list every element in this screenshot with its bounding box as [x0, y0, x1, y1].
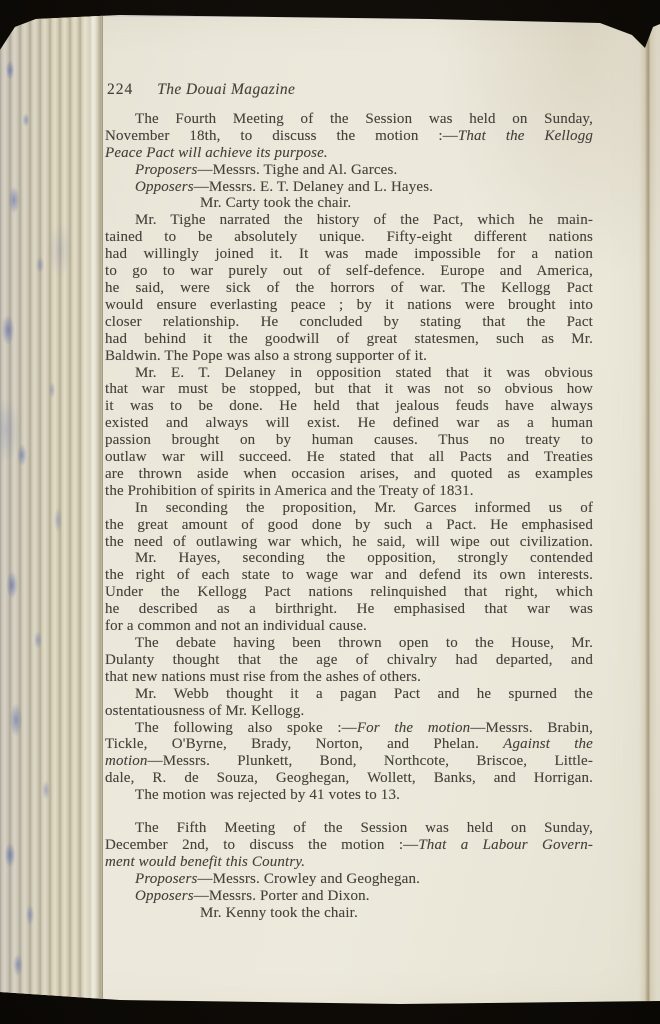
roman-text: November 18th, to discuss the motion :—	[105, 128, 458, 144]
page-text-lines: The Fourth Meeting of the Session was he…	[105, 111, 593, 922]
roman-text: to go to war purely out of self-defence.…	[105, 263, 593, 279]
roman-text: Mr. Kenny took the chair.	[200, 905, 358, 921]
roman-text: The following also spoke :—	[135, 720, 357, 736]
running-header: 224The Douai Magazine	[107, 82, 593, 99]
roman-text: The Fourth Meeting of the Session was he…	[135, 111, 593, 127]
photo-background: 224The Douai Magazine The Fourth Meeting…	[0, 0, 660, 1024]
roman-text: —Messrs. Porter and Dixon.	[194, 888, 370, 904]
roman-text: The debate having been thrown open to th…	[135, 635, 593, 651]
roman-text: Under the Kellogg Pact nations relinquis…	[105, 584, 593, 600]
text-line: Peace Pact will achieve its purpose.	[105, 145, 593, 162]
text-line: Proposers—Messrs. Crowley and Geoghegan.	[105, 871, 593, 888]
text-line: the right of each state to wage war and …	[105, 567, 593, 584]
text-line: he said, were sick of the horrors of war…	[105, 280, 593, 297]
roman-text: In seconding the proposition, Mr. Garces…	[135, 500, 593, 516]
text-line: motion—Messrs. Plunkett, Bond, Northcote…	[105, 753, 593, 770]
text-line: existed and always will exist. He define…	[105, 415, 593, 432]
text-line: it was to be done. He held that jealous …	[105, 398, 593, 415]
text-line: for a common and not an individual cause…	[105, 618, 593, 635]
text-line: outlaw war will succeed. He stated that …	[105, 449, 593, 466]
italic-text: Peace Pact will achieve its purpose.	[105, 145, 328, 161]
page-number: 224	[107, 81, 133, 98]
roman-text: the need of outlawing war which, he said…	[105, 534, 593, 550]
roman-text: Tickle, O'Byrne, Brady, Norton, and Phel…	[105, 736, 503, 752]
text-line: ostentatiousness of Mr. Kellogg.	[105, 703, 593, 720]
italic-text: For the motion	[357, 720, 471, 736]
text-line: Mr. E. T. Delaney in opposition stated t…	[105, 365, 593, 382]
text-line: the great amount of good done by such a …	[105, 517, 593, 534]
roman-text: passion brought on by human causes. Thus…	[105, 432, 593, 448]
italic-text: ment would benefit this Country.	[105, 854, 305, 870]
magazine-title: The Douai Magazine	[157, 81, 295, 98]
roman-text: December 2nd, to discuss the motion :—	[105, 837, 418, 853]
roman-text: he said, were sick of the horrors of war…	[105, 280, 593, 296]
text-line: had behind it the goodwill of great stat…	[105, 331, 593, 348]
roman-text: had willingly joined it. It was made imp…	[105, 246, 593, 262]
roman-text: that new nations must rise from the ashe…	[105, 669, 421, 685]
text-line: Dulanty thought that the age of chivalry…	[105, 652, 593, 669]
roman-text: the great amount of good done by such a …	[105, 517, 593, 533]
roman-text: —Messrs. Brabin,	[470, 720, 593, 736]
text-line: The Fourth Meeting of the Session was he…	[105, 111, 593, 128]
roman-text: Mr. Hayes, seconding the opposition, str…	[135, 550, 593, 566]
text-line: that war must be stopped, but that it wa…	[105, 381, 593, 398]
text-line: Baldwin. The Pope was also a strong supp…	[105, 348, 593, 365]
text-line: Mr. Hayes, seconding the opposition, str…	[105, 550, 593, 567]
roman-text: existed and always will exist. He define…	[105, 415, 593, 431]
roman-text: Mr. Carty took the chair.	[200, 195, 351, 211]
italic-text: motion	[105, 753, 148, 769]
text-line: would ensure everlasting peace ; by it n…	[105, 297, 593, 314]
text-line: the need of outlawing war which, he said…	[105, 534, 593, 551]
text-line: tained to be absolutely unique. Fifty-ei…	[105, 229, 593, 246]
text-line: that new nations must rise from the ashe…	[105, 669, 593, 686]
roman-text: Baldwin. The Pope was also a strong supp…	[105, 348, 427, 364]
roman-text: closer relationship. He concluded by sta…	[105, 314, 593, 330]
text-line: closer relationship. He concluded by sta…	[105, 314, 593, 331]
text-line: Tickle, O'Byrne, Brady, Norton, and Phel…	[105, 736, 593, 753]
roman-text: for a common and not an individual cause…	[105, 618, 367, 634]
italic-text: Against the	[503, 736, 593, 752]
italic-text: Opposers	[135, 888, 194, 904]
text-line: The Fifth Meeting of the Session was hel…	[105, 820, 593, 837]
roman-text: Mr. Webb thought it a pagan Pact and he …	[135, 686, 593, 702]
roman-text: Mr. E. T. Delaney in opposition stated t…	[135, 365, 593, 381]
roman-text: the Prohibition of spirits in America an…	[105, 483, 474, 499]
text-line: Mr. Kenny took the chair.	[105, 905, 593, 922]
text-line: he described as a birthright. He emphasi…	[105, 601, 593, 618]
page-edges-marbled	[0, 0, 103, 1024]
roman-text: The motion was rejected by 41 votes to 1…	[135, 787, 400, 803]
roman-text: he described as a birthright. He emphasi…	[105, 601, 593, 617]
roman-text: outlaw war will succeed. He stated that …	[105, 449, 593, 465]
roman-text: that war must be stopped, but that it wa…	[105, 381, 593, 397]
roman-text: —Messrs. E. T. Delaney and L. Hayes.	[194, 179, 433, 195]
text-line: Mr. Webb thought it a pagan Pact and he …	[105, 686, 593, 703]
text-line: November 18th, to discuss the motion :—T…	[105, 128, 593, 145]
text-line: December 2nd, to discuss the motion :—Th…	[105, 837, 593, 854]
text-line: the Prohibition of spirits in America an…	[105, 483, 593, 500]
text-line: are thrown aside when occasion arises, a…	[105, 466, 593, 483]
text-line: The following also spoke :—For the motio…	[105, 720, 593, 737]
text-line: ment would benefit this Country.	[105, 854, 593, 871]
italic-text: Opposers	[135, 179, 194, 195]
text-line: In seconding the proposition, Mr. Garces…	[105, 500, 593, 517]
text-line: to go to war purely out of self-defence.…	[105, 263, 593, 280]
text-line: Mr. Tighe narrated the history of the Pa…	[105, 212, 593, 229]
roman-text: are thrown aside when occasion arises, a…	[105, 466, 593, 482]
roman-text: it was to be done. He held that jealous …	[105, 398, 593, 414]
italic-text: Proposers	[135, 871, 197, 887]
text-line: Under the Kellogg Pact nations relinquis…	[105, 584, 593, 601]
roman-text: Mr. Tighe narrated the history of the Pa…	[135, 212, 593, 228]
roman-text: —Messrs. Plunkett, Bond, Northcote, Bris…	[148, 753, 593, 769]
roman-text: —Messrs. Tighe and Al. Garces.	[197, 162, 397, 178]
text-line: had willingly joined it. It was made imp…	[105, 246, 593, 263]
text-line: The debate having been thrown open to th…	[105, 635, 593, 652]
italic-text: That the Kellogg	[458, 128, 593, 144]
text-line: The motion was rejected by 41 votes to 1…	[105, 787, 593, 804]
roman-text: would ensure everlasting peace ; by it n…	[105, 297, 593, 313]
roman-text: tained to be absolutely unique. Fifty-ei…	[105, 229, 593, 245]
text-line: dale, R. de Souza, Geoghegan, Wollett, B…	[105, 770, 593, 787]
text-line: Opposers—Messrs. E. T. Delaney and L. Ha…	[105, 179, 593, 196]
roman-text: —Messrs. Crowley and Geoghegan.	[197, 871, 420, 887]
roman-text: Dulanty thought that the age of chivalry…	[105, 652, 593, 668]
italic-text: Proposers	[135, 162, 197, 178]
book-page: 224The Douai Magazine The Fourth Meeting…	[0, 0, 660, 1024]
text-line: Proposers—Messrs. Tighe and Al. Garces.	[105, 162, 593, 179]
gutter-crease	[639, 25, 657, 1008]
roman-text: the right of each state to wage war and …	[105, 567, 593, 583]
roman-text: The Fifth Meeting of the Session was hel…	[135, 820, 593, 836]
roman-text: ostentatiousness of Mr. Kellogg.	[105, 703, 304, 719]
italic-text: That a Labour Govern-	[418, 837, 593, 853]
page-text: 224The Douai Magazine The Fourth Meeting…	[105, 82, 593, 922]
text-line: Opposers—Messrs. Porter and Dixon.	[105, 888, 593, 905]
text-line: passion brought on by human causes. Thus…	[105, 432, 593, 449]
roman-text: had behind it the goodwill of great stat…	[105, 331, 593, 347]
text-line: Mr. Carty took the chair.	[105, 195, 593, 212]
roman-text: dale, R. de Souza, Geoghegan, Wollett, B…	[105, 770, 593, 786]
